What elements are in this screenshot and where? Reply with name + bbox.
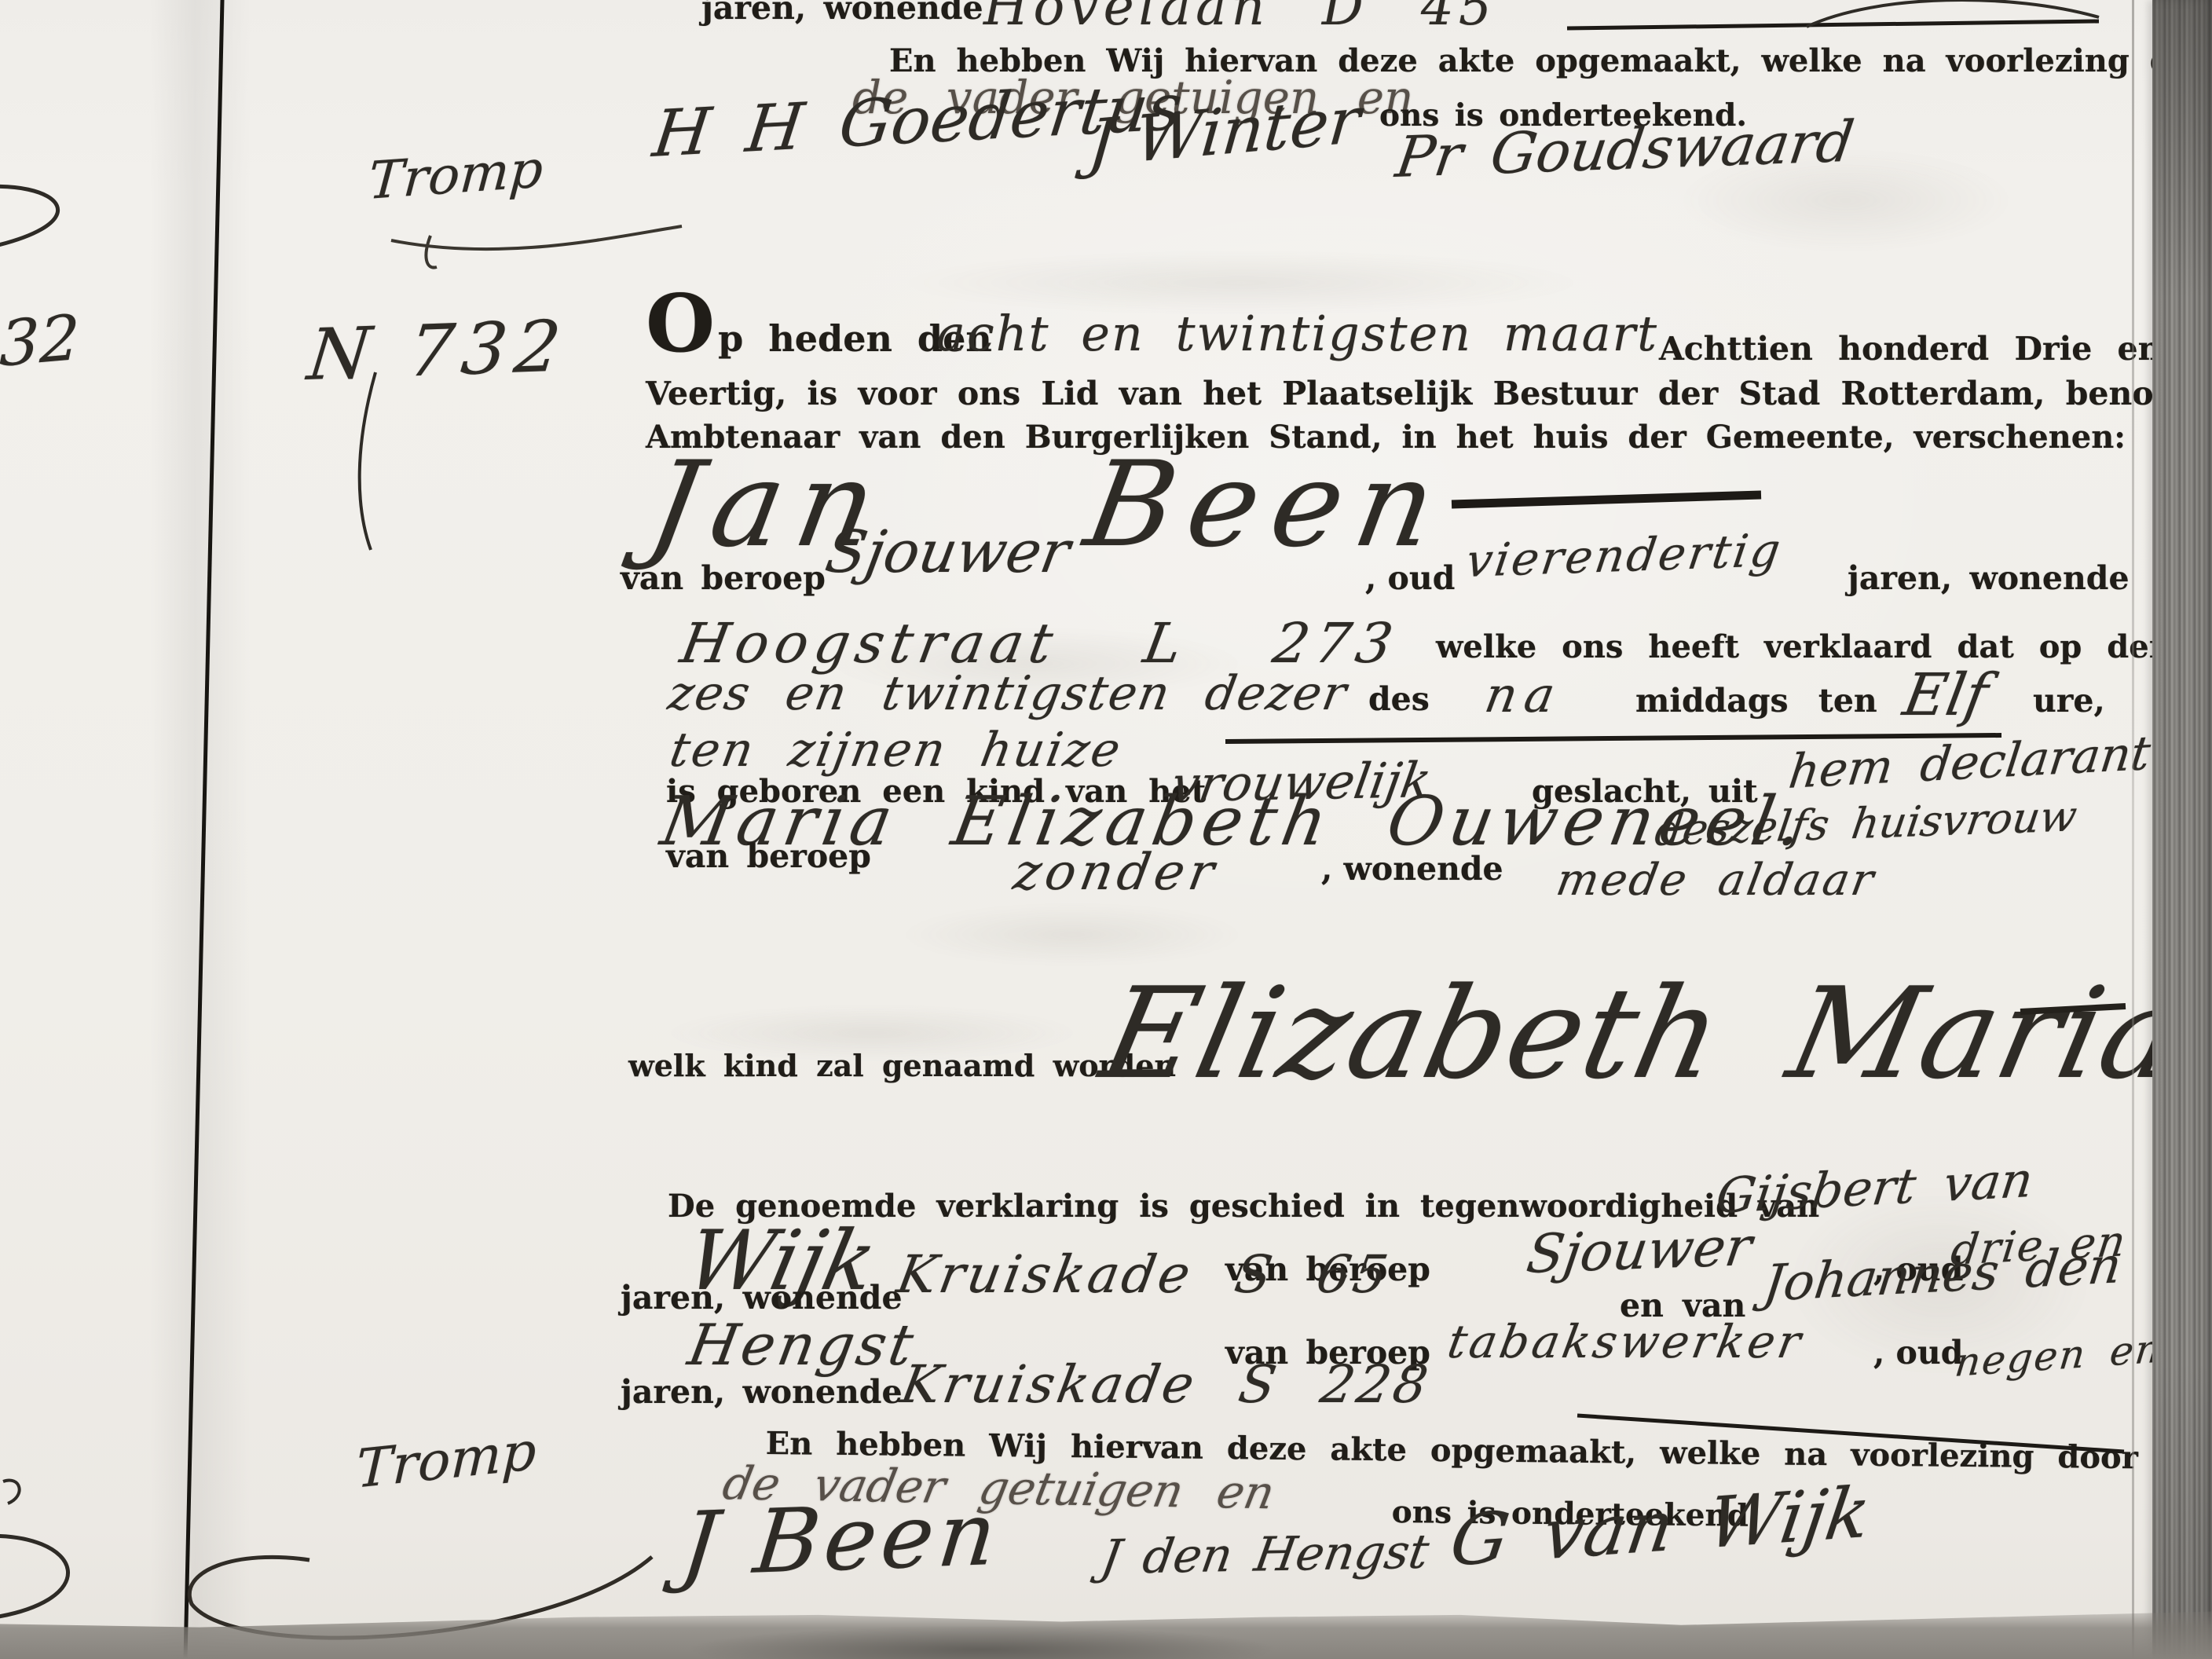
printed-jaren-wonende-declarant: jaren, wonende (1848, 559, 2130, 597)
uit-hem-declarant-handwritten: hem declarant en (1785, 721, 2212, 799)
akte-number-descender-flourish (360, 372, 375, 550)
child-name-handwritten: Elizabeth Maria (1090, 960, 2195, 1107)
birth-day-handwritten: zes en twintigsten dezer (665, 666, 1352, 721)
prev-signature-official-tromp: Tromp (367, 139, 545, 211)
declarant-occupation-handwritten: Sjouwer (821, 518, 1075, 586)
printed-van-beroep-declarant: van beroep (621, 559, 826, 597)
handwritten-date: acht en twintigsten maart (936, 305, 1658, 362)
prev-record-blank-rule (1567, 21, 2099, 28)
signature-declarant: J Been (676, 1483, 1005, 1596)
ink-bleed-smudge (903, 903, 1241, 966)
witness2-name-part2-handwritten: Hengst (683, 1312, 921, 1378)
witness2-occupation-handwritten: tabakswerker (1444, 1315, 1807, 1368)
witness1-address-handwritten: Kruiskade S 65 (892, 1244, 1395, 1305)
printed-oud-declarant: , oud (1365, 559, 1455, 597)
witness2-name-part1-handwritten: Johannes den (1760, 1236, 2125, 1313)
printed-ure: ure, (2033, 682, 2105, 720)
margin-oval-flourish-bottom (0, 1536, 68, 1620)
printed-veertig-line: Veertig, is voor ons Lid van het Plaatse… (646, 375, 2212, 412)
prev-tromp-hook-flourish (426, 236, 437, 268)
printed-jaren-wonende-witness2: jaren, wonende (621, 1373, 903, 1411)
daypart-handwritten: na (1481, 666, 1567, 723)
prev-tromp-underline-flourish (391, 226, 682, 249)
book-page-edge-stack (2152, 0, 2212, 1659)
signature-witness1: G van Wijk (1445, 1471, 1875, 1582)
witness1-occupation-handwritten: Sjouwer (1523, 1216, 1756, 1286)
margin-small-flourish (3, 1480, 20, 1503)
page-edge-inner-line (2132, 0, 2134, 1659)
birth-certificate-scan: jaren, wonende Hovelaan D 45 En hebben W… (0, 0, 2212, 1659)
printed-achttien-honderd: Achttien honderd Drie en (1659, 330, 2161, 368)
printed-van-beroep-mother: van beroep (666, 837, 871, 875)
printed-des: des (1368, 680, 1430, 718)
declarant-name-dash (1452, 495, 1761, 504)
margin-oval-flourish-top (0, 186, 58, 251)
prev-printed-jaren-wonende: jaren, wonende (701, 0, 983, 27)
printed-verklaard-line: welke ons heeft verklaard dat op den (1436, 628, 2172, 665)
birth-place-handwritten: ten zijnen huize (666, 723, 1127, 778)
witness1-name-part1-handwritten: Gijsbert van (1713, 1151, 2036, 1225)
birth-hour-handwritten: Elf (1899, 661, 1993, 729)
page-gutter-shading (149, 0, 251, 1659)
printed-middags-ten: middags ten (1635, 682, 1877, 720)
prev-handwritten-address: Hovelaan D 45 (983, 0, 1496, 37)
printed-jaren-wonende-witness1: jaren, wonende (621, 1279, 903, 1317)
akte-number: N 732 (304, 306, 573, 397)
printed-welk-kind: welk kind zal genaamd worden (628, 1048, 1176, 1083)
mother-residence-handwritten: mede aldaar (1553, 855, 1880, 906)
mother-occupation-handwritten: zonder (1009, 844, 1223, 902)
prev-record-swash-flourish (1807, 0, 2099, 27)
witness2-address-handwritten: Kruiskade S 228 (896, 1354, 1435, 1415)
declarant-age-handwritten: vierendertig (1463, 523, 1785, 588)
printed-oud-witness2: , oud (1873, 1334, 1963, 1372)
signature-witness2: J den Hengst (1097, 1525, 1433, 1585)
printed-wonende-mother: , wonende (1321, 850, 1503, 888)
bottom-scan-shadow (0, 1602, 2212, 1659)
margin-previous-akte-number-partial: 32 (0, 301, 80, 381)
signature-official-tromp: Tromp (355, 1420, 537, 1500)
